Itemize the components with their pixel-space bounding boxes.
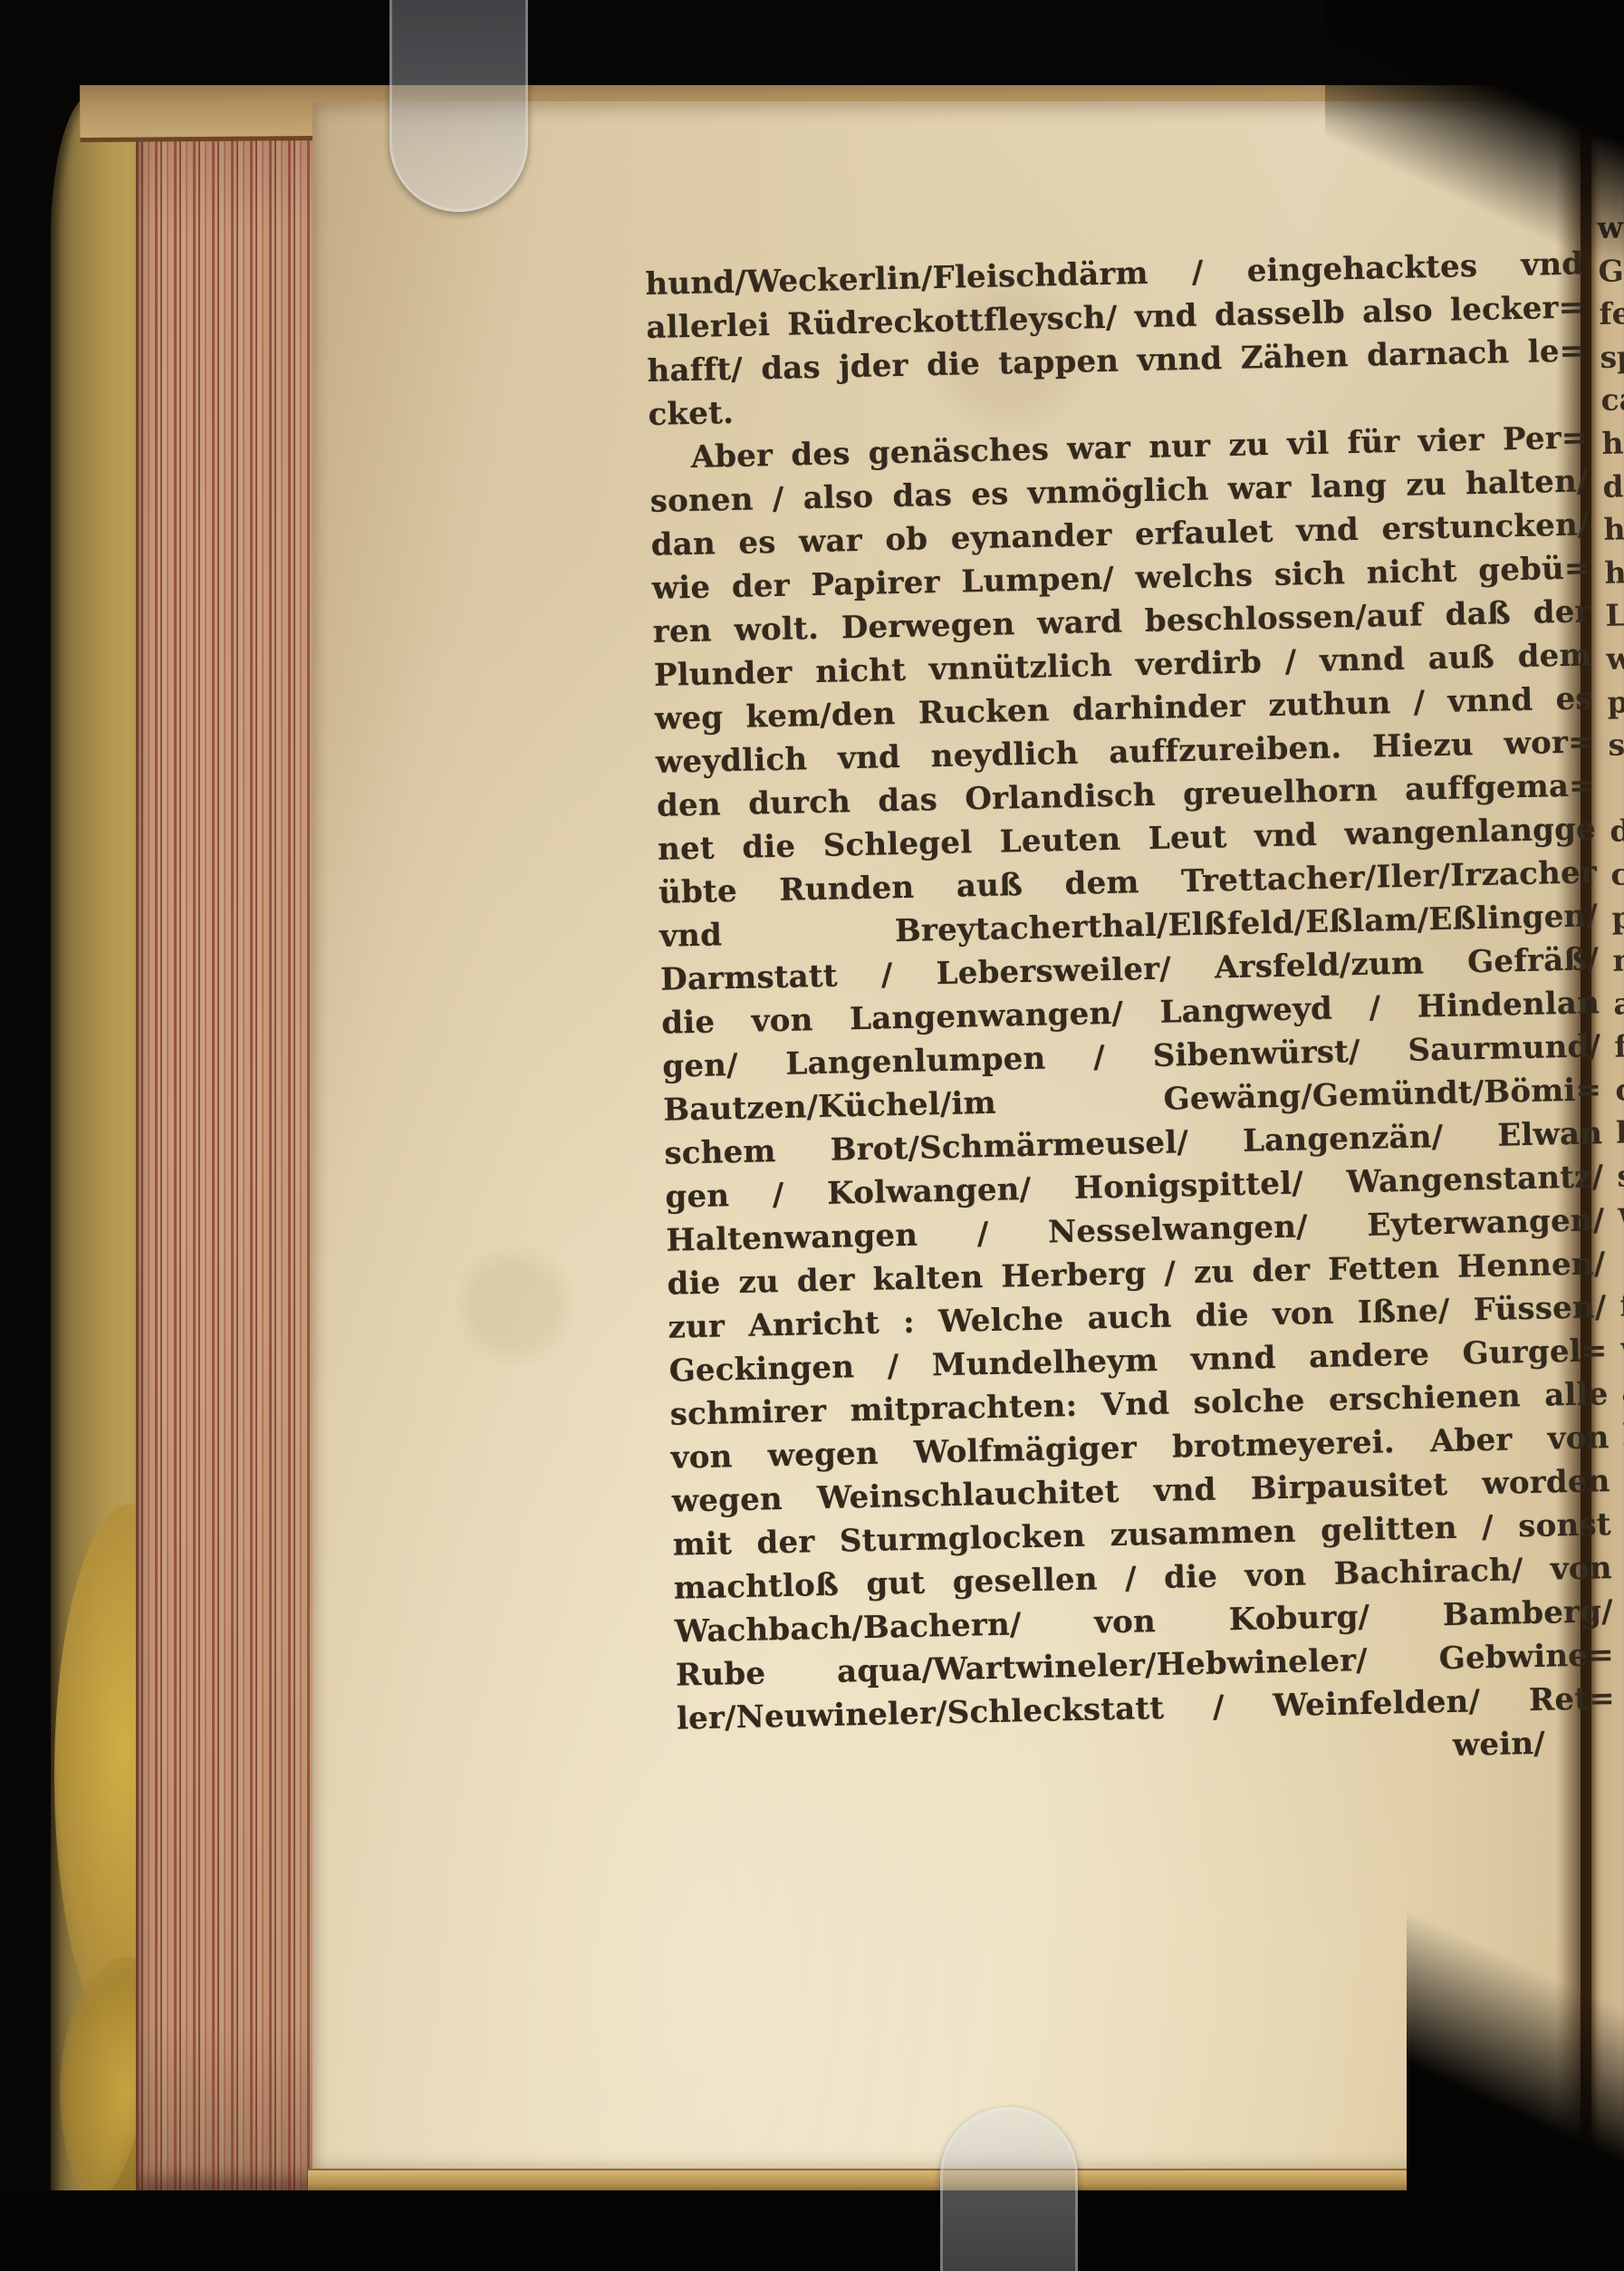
facing-page-fragment: che xyxy=(1610,849,1624,896)
facing-page-fragment: hau xyxy=(1601,418,1624,465)
holding-strap-top xyxy=(389,0,528,212)
facing-page-fragment: bei xyxy=(1616,1108,1624,1155)
facing-page-fragment: fü xyxy=(1619,1280,1624,1327)
facing-page-fragment: perl xyxy=(1607,677,1624,724)
corner-shadow-bottom-right xyxy=(1407,1827,1624,2208)
facing-page-fragment xyxy=(1619,1237,1624,1284)
facing-page-fragment: d xyxy=(1610,806,1624,853)
background-bottom xyxy=(0,2190,1624,2271)
facing-page-fragment: spü xyxy=(1600,332,1624,379)
facing-page-fragment: wen xyxy=(1606,633,1624,680)
facing-page-fragment: auf xyxy=(1613,978,1624,1025)
facing-page-fragment: cke xyxy=(1615,1064,1624,1111)
facing-page-fragment xyxy=(1609,763,1624,810)
facing-page-fragment: frü xyxy=(1614,1021,1624,1068)
facing-page-fragment: ca/ xyxy=(1600,375,1624,422)
facing-page-fragment: W xyxy=(1618,1194,1624,1241)
facing-page-fragment: heu xyxy=(1604,547,1624,594)
facing-page-fragment: w xyxy=(1620,1323,1624,1371)
facing-page-fragment: höl xyxy=(1603,504,1624,551)
facing-page-fragment: man xyxy=(1612,935,1624,982)
facing-page-fragment: sein xyxy=(1617,1150,1624,1198)
facing-page-fragment: ster xyxy=(1608,719,1624,766)
holding-strap-bottom xyxy=(940,2107,1078,2271)
book-photograph: weGfespüca/haudiehölheuLägwenperlsterdch… xyxy=(0,0,1624,2271)
facing-page-fragment: die xyxy=(1602,461,1624,508)
page-text-block: hund/Weckerlin/Fleischdärm / eingehackte… xyxy=(645,242,1616,1784)
facing-page-fragment: pla xyxy=(1611,892,1624,939)
facing-page-fragment: Läg xyxy=(1605,591,1624,638)
